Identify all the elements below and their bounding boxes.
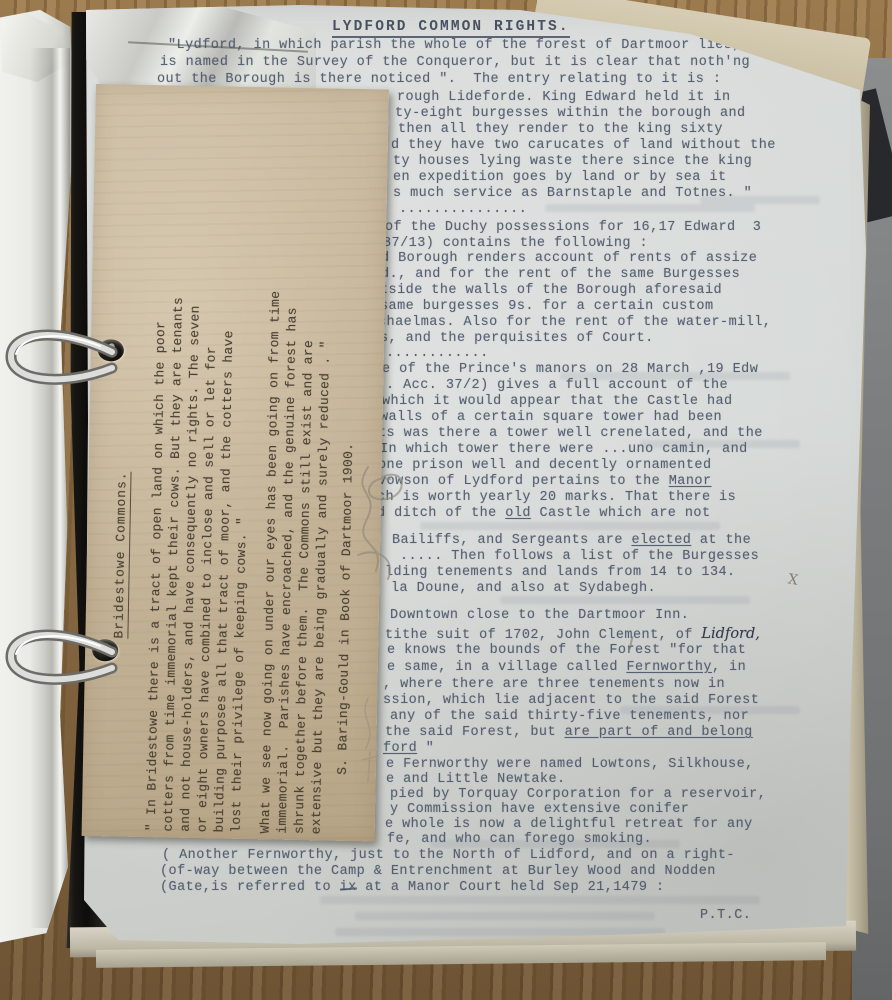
- typed-line: ..... Then follows a list of the Burgess…: [400, 549, 759, 564]
- typed-line: e knows the bounds of the Forest "for th…: [387, 643, 746, 658]
- typed-line: tithe suit of 1702, John Clement, of Lid…: [385, 626, 760, 643]
- ring-metal-glint: [104, 342, 116, 352]
- slip-signature: S. Baring-Gould in Book of Dartmoor 1900…: [335, 443, 356, 775]
- pencil-x-mark: X: [787, 571, 800, 588]
- bleed-through-text: [420, 522, 720, 530]
- bleed-through-text: [700, 196, 820, 204]
- typed-line: ( Another Fernworthy, just to the North …: [162, 848, 735, 863]
- typed-line: walls of a certain square tower had been: [380, 410, 722, 425]
- bleed-through-text: [430, 840, 680, 848]
- typed-line: pied by Torquay Corporation for a reserv…: [390, 787, 766, 802]
- typed-line: s, and the perquisites of Court.: [380, 331, 654, 346]
- typed-line: s much service as Barnstaple and Totnes.…: [393, 186, 752, 201]
- typed-line: 87/13) contains the following :: [383, 236, 648, 251]
- typed-line: Downtown close to the Dartmoor Inn.: [390, 608, 689, 623]
- typed-line: which it would appear that the Castle ha…: [382, 394, 733, 409]
- typed-line: of the Duchy possessions for 16,17 Edwar…: [385, 220, 761, 235]
- typed-line: one prison well and decently ornamented: [378, 458, 712, 473]
- typed-line: . Acc. 37/2) gives a full account of the: [386, 378, 728, 393]
- bleed-through-text: [545, 204, 755, 212]
- ring-metal-glint: [98, 642, 110, 652]
- typed-line: d they have two carucates of land withou…: [391, 138, 776, 153]
- attached-slip: Bridestowe Commons." In Bridestowe there…: [82, 84, 389, 841]
- typed-line: d ditch of the old Castle which are not: [377, 506, 711, 521]
- typed-line: the said Forest, but are part of and bel…: [385, 725, 753, 740]
- typed-line: ty-eight burgesses within the borough an…: [395, 106, 746, 121]
- typed-line: e Fernworthy were named Lowtons, Silkhou…: [386, 757, 754, 772]
- slip-title: Bridestowe Commons.: [111, 471, 131, 639]
- bleed-through-text: [640, 440, 800, 448]
- typed-line: P.T.C.: [700, 908, 751, 923]
- typed-line: e same, in a village called Fernworthy, …: [387, 660, 746, 675]
- typed-line: d., and for the rent of the same Burgess…: [381, 267, 740, 282]
- typed-line: e whole is now a delightful retreat for …: [385, 817, 753, 832]
- archival-binder-photo: LYDFORD COMMON RIGHTS. "Lydford, in whic…: [0, 0, 892, 1000]
- typed-line: ty houses lying waste there since the ki…: [393, 154, 752, 169]
- typed-line: d Borough renders account of rents of as…: [381, 251, 757, 266]
- bleed-through-text: [355, 912, 655, 920]
- typed-line: ford ": [383, 741, 434, 756]
- typed-line: vowson of Lydford pertains to the Manor: [378, 474, 712, 489]
- typed-line: then all they render to the king sixty: [398, 122, 723, 137]
- typed-line: , where there are three tenements now in: [383, 677, 725, 692]
- typed-line: is named in the Survey of the Conqueror,…: [160, 55, 750, 70]
- typed-line: tside the walls of the Borough aforesaid: [380, 283, 722, 298]
- typed-line: same burgesses 9s. for a certain custom: [380, 299, 714, 314]
- typed-line: en expedition goes by land or by sea it: [393, 170, 727, 185]
- typed-line: y Commission have extensive conifer: [390, 802, 689, 817]
- typed-line: ts was there a tower well crenelated, an…: [378, 426, 763, 441]
- typed-line: lding tenements and lands from 14 to 134…: [385, 565, 736, 580]
- typed-line: out the Borough is there noticed ". The …: [157, 72, 721, 87]
- typed-line: "Lydford, in which parish the whole of t…: [168, 38, 741, 53]
- typed-line: Bailiffs, and Sergeants are elected at t…: [392, 533, 751, 548]
- typed-line: (of-way between the Camp & Entrenchment …: [160, 864, 716, 879]
- typed-line: la Doune, and also at Sydabegh.: [391, 581, 656, 596]
- typed-line: ............: [386, 346, 489, 361]
- page-title: LYDFORD COMMON RIGHTS.: [332, 19, 570, 38]
- page-stack-edges: [30, 48, 70, 928]
- typed-line: ...............: [399, 202, 527, 217]
- slip-text-block: Bridestowe Commons." In Bridestowe there…: [82, 84, 389, 841]
- typed-line: ch is worth yearly 20 marks. That there …: [377, 490, 736, 505]
- bleed-through-text: [320, 896, 760, 904]
- typed-line: chaelmas. Also for the rent of the water…: [378, 315, 771, 330]
- bleed-through-text: [620, 706, 800, 714]
- typed-line: (Gate,is referred to ix at a Manor Court…: [160, 880, 665, 895]
- bleed-through-text: [500, 596, 750, 604]
- typed-line: rough Lideforde. King Edward held it in: [397, 90, 731, 105]
- typed-line: e and Little Newtake.: [386, 772, 566, 787]
- bleed-through-text: [560, 372, 790, 380]
